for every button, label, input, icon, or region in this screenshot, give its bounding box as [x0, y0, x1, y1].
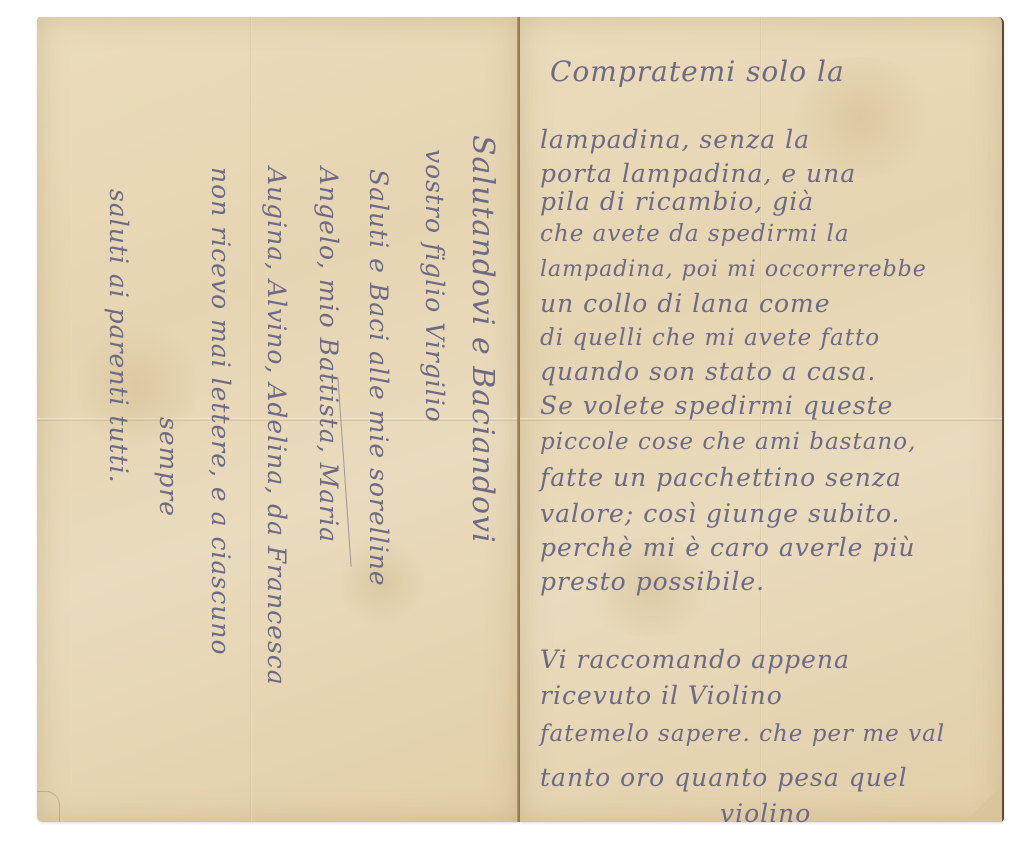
left-line: Augina, Alvino, Adelina, da Francesca — [261, 167, 291, 686]
left-line: non ricevo mai lettere, e a ciascuno — [205, 167, 235, 656]
right-line: valore; così giunge subito. — [540, 499, 901, 529]
letter-right-page: Compratemi solo la lampadina, senza la p… — [520, 17, 1004, 822]
left-line: saluti ai parenti tutti. — [103, 189, 133, 484]
right-line: presto possibile. — [540, 567, 765, 597]
right-line: di quelli che mi avete fatto — [540, 323, 880, 353]
left-line: Saluti e Baci alle mie sorelline — [363, 169, 393, 587]
left-line: vostro figlio Virgilio — [419, 149, 449, 423]
right-line: porta lampadina, e una — [540, 159, 856, 189]
right-line: lampadina, poi mi occorrerebbe — [540, 255, 927, 285]
right-line: piccole cose che ami bastano, — [540, 427, 916, 457]
right-line: quando son stato a casa. — [540, 357, 876, 387]
right-line: Compratemi solo la — [550, 57, 845, 87]
right-line: tanto oro quanto pesa quel — [540, 763, 908, 793]
right-line: pila di ricambio, già — [540, 187, 814, 217]
left-line: Angelo, mio Battista, Maria — [313, 167, 343, 543]
right-line: un collo di lana come — [540, 289, 831, 319]
right-line: fatemelo sapere. che per me val — [540, 719, 945, 749]
letter-left-page: Salutandovi e Baciandovi vostro figlio V… — [37, 17, 518, 822]
right-line: ricevuto il Violino — [540, 681, 783, 711]
left-line: sempre — [153, 417, 183, 517]
right-line: lampadina, senza la — [540, 125, 810, 155]
right-line: violino — [720, 799, 811, 829]
left-page-text: Salutandovi e Baciandovi vostro figlio V… — [37, 17, 518, 822]
right-line: che avete da spedirmi la — [540, 219, 850, 249]
left-line: Salutandovi e Baciandovi — [467, 135, 497, 544]
dog-ear-corner — [964, 786, 1002, 822]
right-line: fatte un pacchettino senza — [540, 463, 902, 493]
right-line: Vi raccomando appena — [540, 645, 850, 675]
right-line: Se volete spedirmi queste — [540, 391, 893, 421]
right-line: perchè mi è caro averle più — [540, 533, 915, 563]
